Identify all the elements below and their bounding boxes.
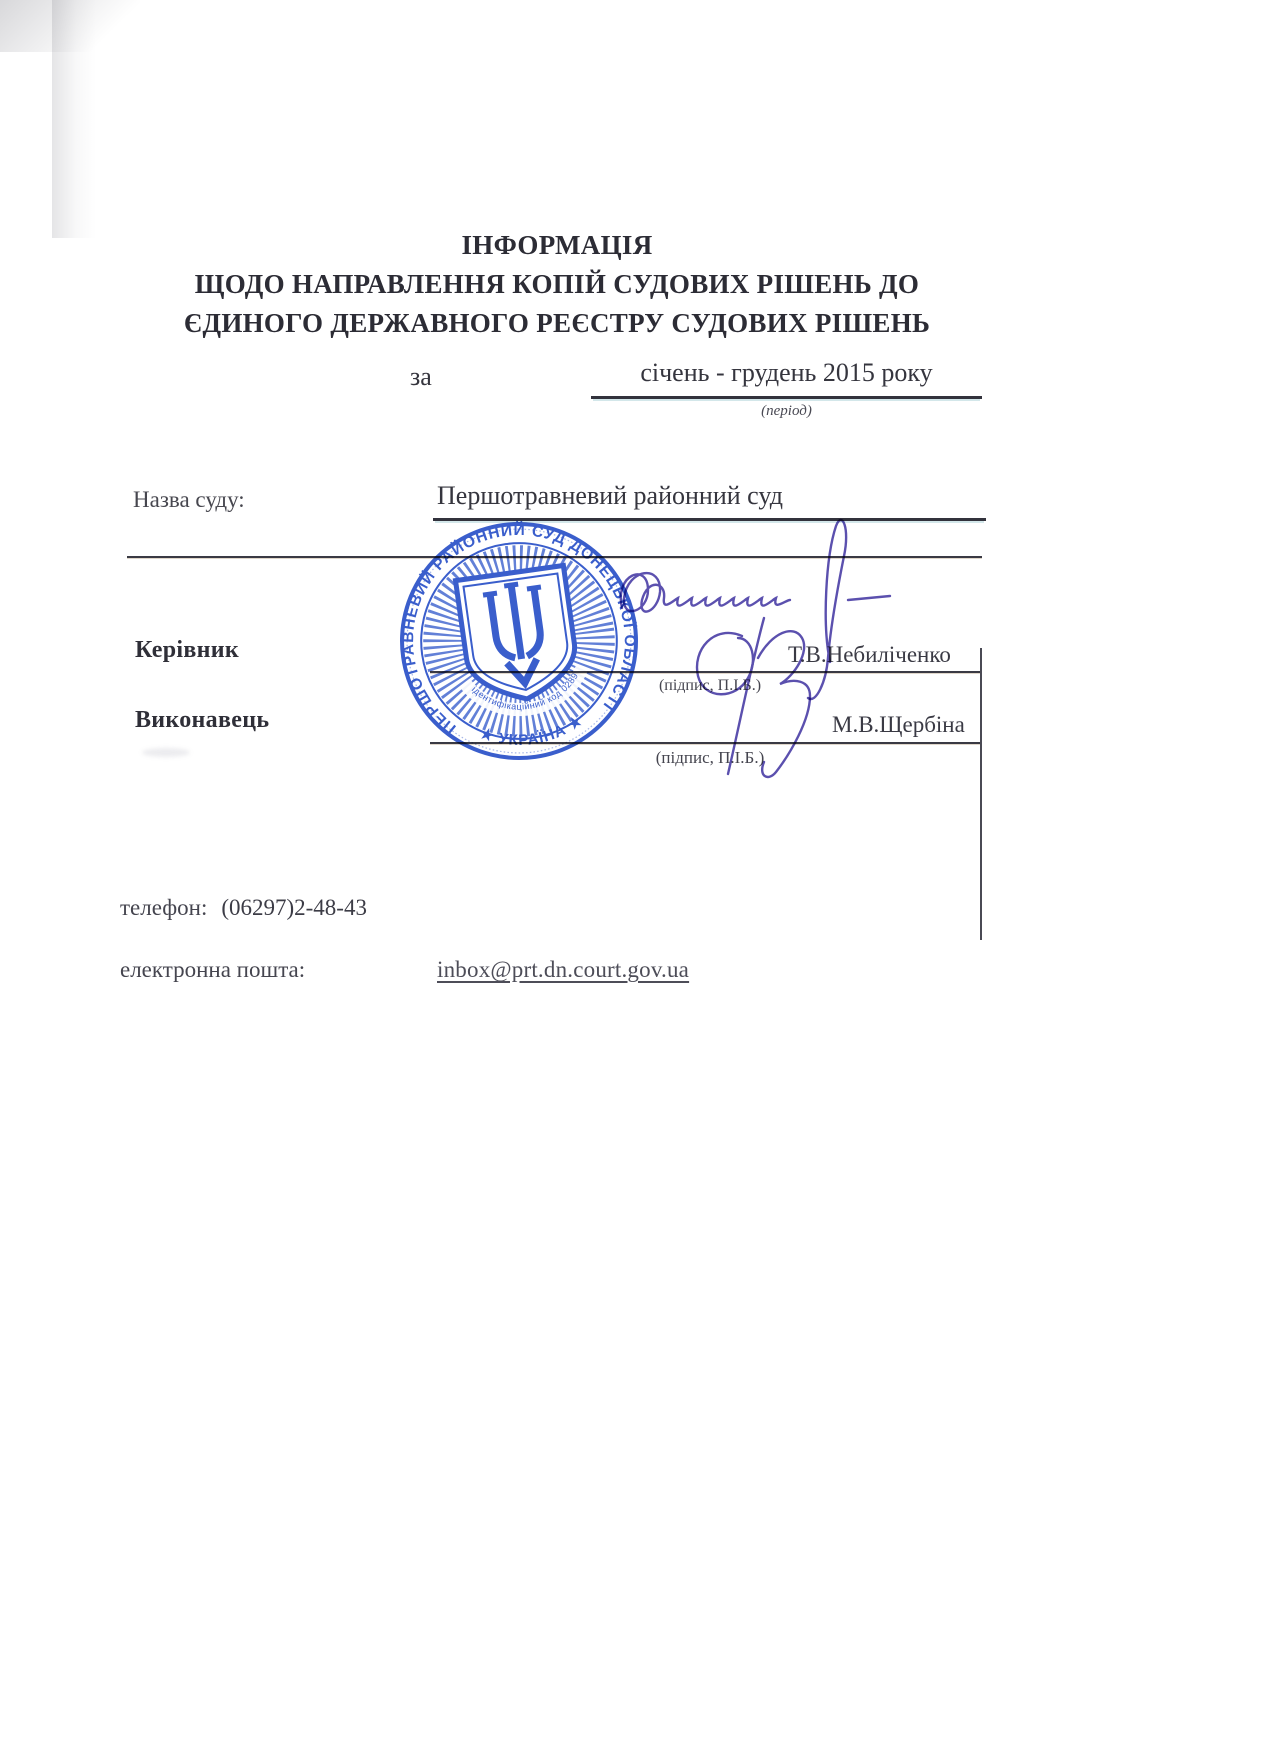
phone-label: телефон: — [120, 895, 207, 920]
executor-signature-ink — [678, 602, 848, 802]
document-title: ІНФОРМАЦІЯ ЩОДО НАПРАВЛЕННЯ КОПІЙ СУДОВИ… — [0, 226, 1114, 343]
email-label: електронна пошта: — [120, 957, 305, 983]
title-line-3: ЄДИНОГО ДЕРЖАВНОГО РЕЄСТРУ СУДОВИХ РІШЕН… — [0, 304, 1114, 343]
court-name-label: Назва суду: — [133, 487, 245, 513]
title-line-1: ІНФОРМАЦІЯ — [0, 226, 1114, 265]
title-line-2: ЩОДО НАПРАВЛЕННЯ КОПІЙ СУДОВИХ РІШЕНЬ ДО — [0, 265, 1114, 304]
scan-edge-shadow — [52, 0, 96, 238]
phone-row: телефон:(06297)2-48-43 — [120, 895, 367, 921]
head-role-label: Керівник — [135, 637, 239, 664]
scanned-court-report-page: { "page": { "title_lines": [ "ІНФОРМАЦІЯ… — [0, 0, 1275, 1755]
period-caption: (період) — [591, 403, 982, 420]
period-prefix-label: за — [410, 362, 432, 392]
email-value: inbox@prt.dn.court.gov.ua — [437, 957, 689, 983]
phone-value: (06297)2-48-43 — [221, 895, 367, 920]
executor-role-label: Виконавець — [135, 707, 269, 734]
executor-name: М.В.Щербіна — [832, 712, 965, 738]
scan-smudge — [142, 748, 190, 757]
period-value-field: січень - грудень 2015 року — [591, 358, 982, 399]
